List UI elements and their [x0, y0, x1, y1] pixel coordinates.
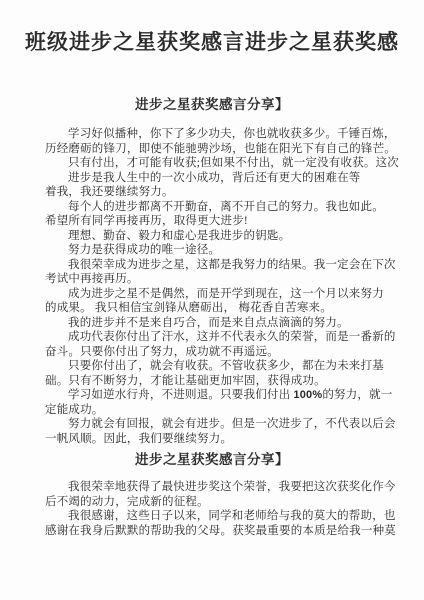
body-line-text: 学习如逆水行舟，不进则退。只要我们付出: [68, 389, 293, 401]
body-line: 努力是获得成功的唯一途径。: [45, 243, 398, 258]
body-line-text: 的努力，就一: [322, 389, 392, 401]
body-line-with-bold: 学习如逆水行舟，不进则退。只要我们付出 100%的努力，就一: [45, 388, 398, 403]
body-line: 的成果。 我只相信宝剑锋从磨砺出， 梅花香自苦寒来。: [45, 301, 398, 316]
body-line: 定能成功。: [45, 403, 398, 418]
body-line: 每个人的进步都离不开勤奋，离不开自己的努力。我也如此。: [45, 200, 398, 215]
section-body-1: 学习好似播种，你下了多少功夫，你也就收获多少。千锤百炼， 历经磨砺的锋刀，即使不…: [0, 127, 424, 446]
body-line: 理想、勤奋、毅力和虚心是我进步的钥匙。: [45, 229, 398, 244]
body-line: 学习好似播种，你下了多少功夫，你也就收获多少。千锤百炼，: [45, 127, 398, 142]
body-line: 我很荣幸成为进步之星，这都是我努力的结果。我一定会在下次: [45, 258, 398, 273]
bold-percent-text: 100%: [293, 389, 322, 401]
body-line: 后不竭的动力，完成新的征程。: [45, 495, 398, 510]
body-line: 只有付出，才可能有收获;但如果不付出，就一定没有收获。这次: [45, 156, 398, 171]
section-heading-1: 进步之星获奖感言分享】: [0, 96, 424, 114]
body-line: 感谢在我身后默默的帮助我的父母。获奖最重要的本质是给我一种莫: [45, 524, 398, 539]
body-line: 一帆风顺。因此，我们要继续努力。: [45, 432, 398, 447]
section-heading-2: 进步之星获奖感言分享】: [0, 451, 424, 469]
body-line: 我很荣幸地获得了最快进步奖这个荣誉，我要把这次获奖化作今: [45, 480, 398, 495]
body-line: 我的进步并不是来自巧合，而是来自点点滴滴的努力。: [45, 316, 398, 331]
body-line: 只要你付出了，就会有收获。不管收获多少，都在为未来打基: [45, 359, 398, 374]
section-body-2: 我很荣幸地获得了最快进步奖这个荣誉，我要把这次获奖化作今 后不竭的动力，完成新的…: [0, 480, 424, 538]
body-line: 着我，我还要继续努力。: [45, 185, 398, 200]
body-line: 成为进步之星不是偶然，而是开学到现在，这一个月以来努力: [45, 287, 398, 302]
document-page: 班级进步之星获奖感言进步之星获奖感 进步之星获奖感言分享】 学习好似播种，你下了…: [0, 0, 424, 600]
body-line: 历经磨砺的锋刀，即使不能驰骋沙场，也能在阳光下有自己的锋芒。: [45, 142, 398, 157]
page-title: 班级进步之星获奖感言进步之星获奖感: [0, 28, 424, 56]
body-line: 进步是我人生中的一次小成功，背后还有更大的困难在等: [45, 171, 398, 186]
body-line: 奋斗。只要你付出了努力，成功就不再遥远。: [45, 345, 398, 360]
body-line: 希望所有同学再接再历，取得更大进步!: [45, 214, 398, 229]
body-line: 考试中再接再历。: [45, 272, 398, 287]
body-line: 成功代表你付出了汗水，这并不代表永久的荣誉，而是一番新的: [45, 330, 398, 345]
body-line: 础。只有不断努力，才能让基础更加牢固，获得成功。: [45, 374, 398, 389]
body-line: 努力就会有回报，就会有进步。但是一次进步了，不代表以后会: [45, 417, 398, 432]
body-line: 我很感谢，这些日子以来，同学和老师给与我的莫大的帮助，也: [45, 509, 398, 524]
